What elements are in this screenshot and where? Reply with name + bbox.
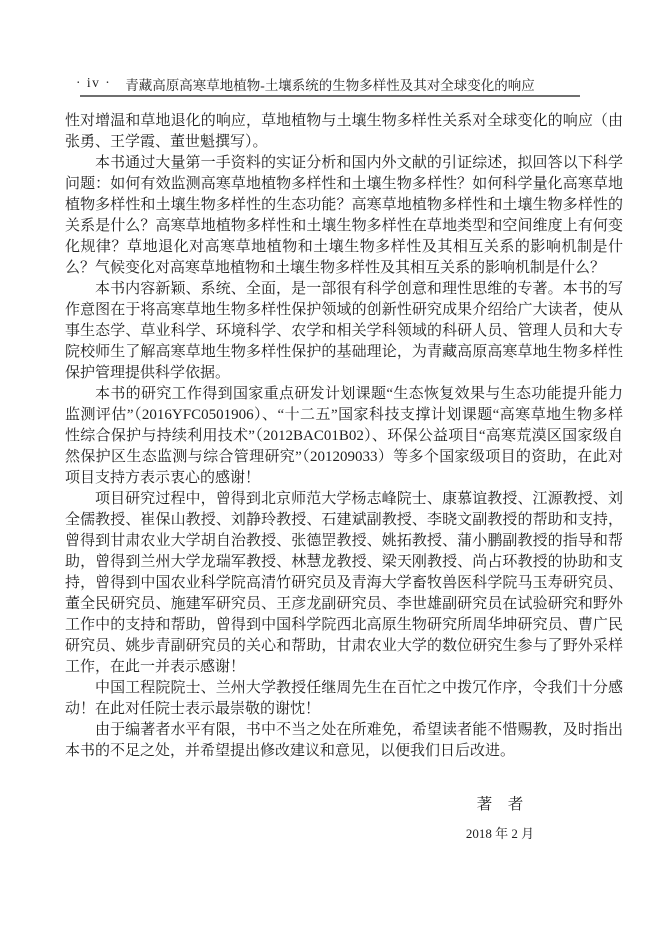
author-signature: 著 者 — [420, 792, 580, 814]
signature-date: 2018 年 2 月 — [420, 823, 580, 842]
paragraph: 中国工程院院士、兰州大学教授任继周先生在百忙之中拨冗作序，令我们十分感动！在此对… — [65, 678, 623, 720]
paragraph: 本书通过大量第一手资料的实证分析和国内外文献的引证综述，拟回答以下科学问题：如何… — [65, 153, 623, 279]
paragraph: 项目研究过程中，曾得到北京师范大学杨志峰院士、康慕谊教授、江源教授、刘全儒教授、… — [65, 489, 623, 678]
paragraph: 由于编著者水平有限，书中不当之处在所难免，希望读者能不惜赐教，及时指出本书的不足… — [65, 720, 623, 762]
preface-body: 性对增温和草地退化的响应，草地植物与土壤生物多样性关系对全球变化的响应（由张勇、… — [65, 111, 623, 762]
paragraph: 本书的研究工作得到国家重点研发计划课题“生态恢复效果与生态功能提升能力监测评估”… — [65, 384, 623, 489]
paragraph: 本书内容新颖、系统、全面，是一部很有科学创意和理性思维的专著。本书的写作意图在于… — [65, 279, 623, 384]
header-rule — [80, 95, 580, 97]
book-page: · iv · 青藏高原高寒草地植物-土壤系统的生物多样性及其对全球变化的响应 性… — [0, 0, 661, 925]
running-header: · iv · 青藏高原高寒草地植物-土壤系统的生物多样性及其对全球变化的响应 — [80, 74, 580, 92]
running-title: 青藏高原高寒草地植物-土壤系统的生物多样性及其对全球变化的响应 — [80, 74, 580, 94]
signature-block: 著 者 2018 年 2 月 — [420, 792, 580, 842]
paragraph-continuation: 性对增温和草地退化的响应，草地植物与土壤生物多样性关系对全球变化的响应（由张勇、… — [65, 111, 623, 153]
